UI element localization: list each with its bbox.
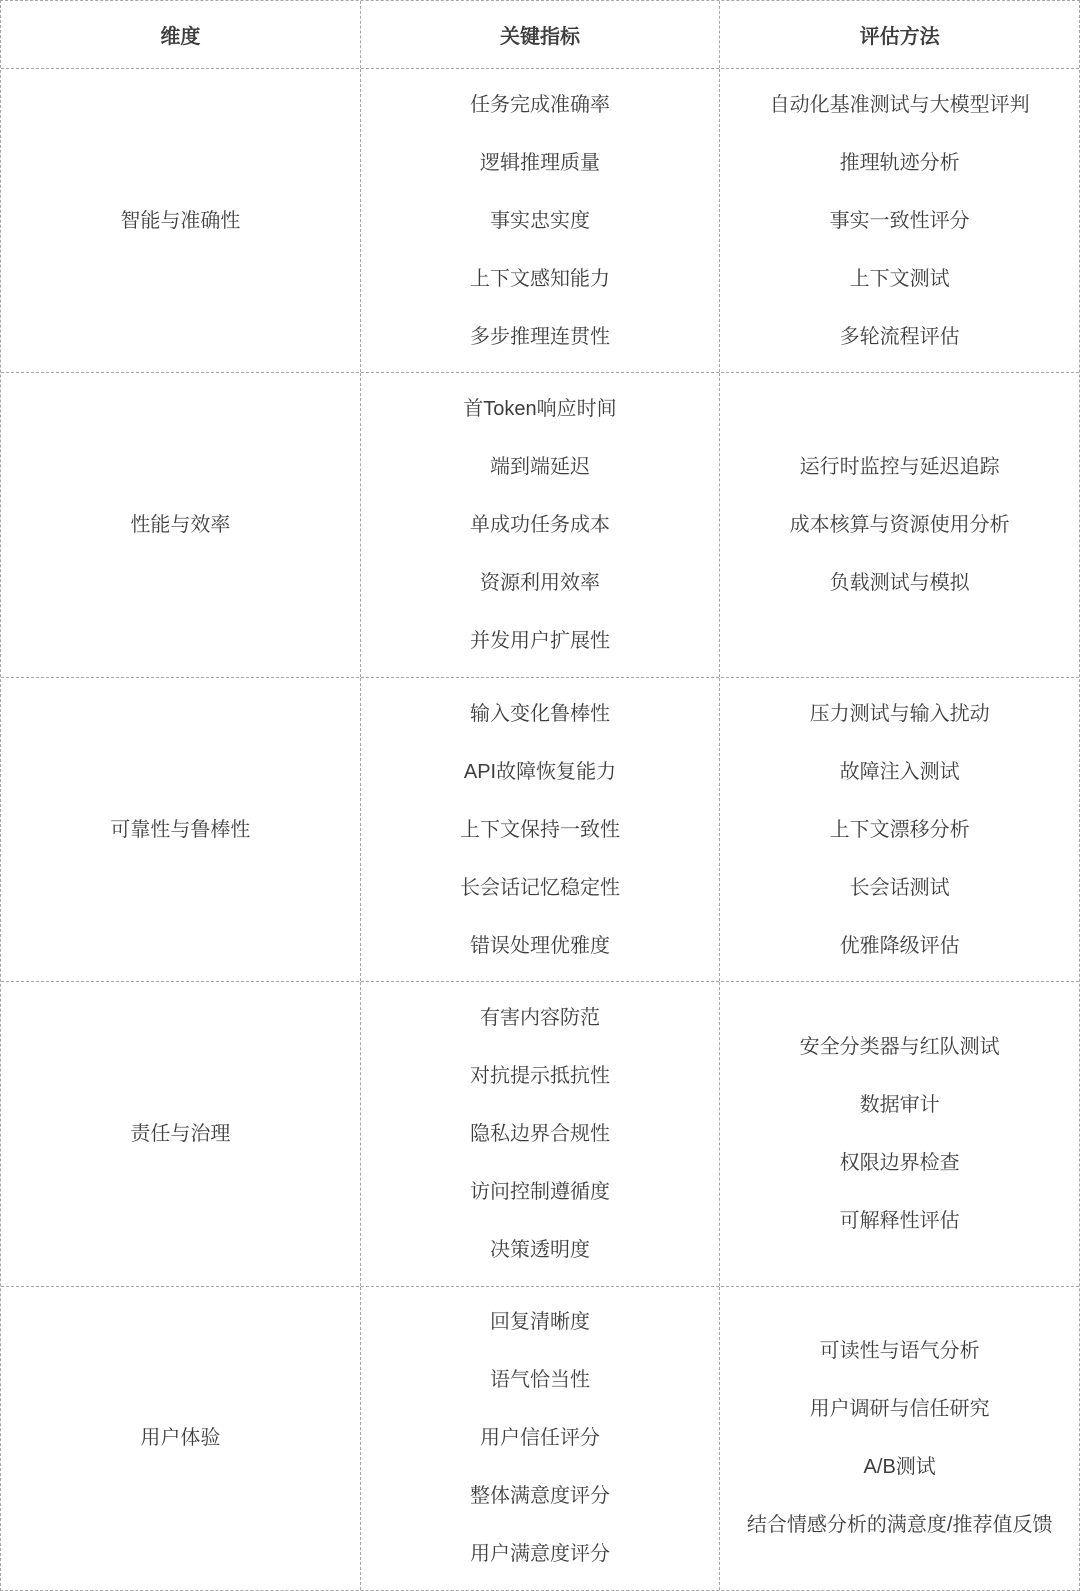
metric-item: 错误处理优雅度	[470, 917, 610, 975]
header-cell-methods: 评估方法	[720, 1, 1079, 68]
method-item: 可读性与语气分析	[820, 1322, 980, 1380]
methods-cell: 自动化基准测试与大模型评判推理轨迹分析事实一致性评分上下文测试多轮流程评估	[720, 69, 1079, 372]
table-header-row: 维度 关键指标 评估方法	[1, 1, 1079, 69]
method-item: 成本核算与资源使用分析	[790, 496, 1010, 554]
metric-item: 长会话记忆稳定性	[460, 859, 620, 917]
methods-cell: 安全分类器与红队测试数据审计权限边界检查可解释性评估	[720, 982, 1079, 1285]
metric-item: 并发用户扩展性	[470, 612, 610, 670]
table-row: 智能与准确性任务完成准确率逻辑推理质量事实忠实度上下文感知能力多步推理连贯性自动…	[1, 69, 1079, 373]
method-item: 可解释性评估	[840, 1192, 960, 1250]
metric-item: API故障恢复能力	[464, 743, 616, 801]
metrics-cell: 回复清晰度语气恰当性用户信任评分整体满意度评分用户满意度评分	[361, 1287, 721, 1590]
metric-item: 有害内容防范	[480, 989, 600, 1047]
method-item: 数据审计	[860, 1076, 940, 1134]
header-cell-metrics: 关键指标	[361, 1, 721, 68]
methods-cell: 运行时监控与延迟追踪成本核算与资源使用分析负载测试与模拟	[720, 373, 1079, 676]
dimension-label: 智能与准确性	[120, 207, 240, 235]
metric-item: 语气恰当性	[490, 1351, 590, 1409]
dimension-cell: 用户体验	[1, 1287, 361, 1590]
method-item: 负载测试与模拟	[830, 554, 970, 612]
methods-cell: 压力测试与输入扰动故障注入测试上下文漂移分析长会话测试优雅降级评估	[720, 678, 1079, 981]
metrics-cell: 有害内容防范对抗提示抵抗性隐私边界合规性访问控制遵循度决策透明度	[361, 982, 721, 1285]
dimension-label: 可靠性与鲁棒性	[110, 816, 250, 844]
method-item: 故障注入测试	[840, 743, 960, 801]
metrics-cell: 输入变化鲁棒性API故障恢复能力上下文保持一致性长会话记忆稳定性错误处理优雅度	[361, 678, 721, 981]
metric-item: 回复清晰度	[490, 1293, 590, 1351]
dimension-label: 性能与效率	[130, 511, 230, 539]
metric-item: 端到端延迟	[490, 438, 590, 496]
method-item: 推理轨迹分析	[840, 134, 960, 192]
method-item: 运行时监控与延迟追踪	[800, 438, 1000, 496]
dimension-label: 责任与治理	[130, 1120, 230, 1148]
metric-item: 访问控制遵循度	[470, 1163, 610, 1221]
dimension-label: 用户体验	[140, 1424, 220, 1452]
metric-item: 用户满意度评分	[470, 1525, 610, 1583]
metric-item: 用户信任评分	[480, 1409, 600, 1467]
method-item: 结合情感分析的满意度/推荐值反馈	[747, 1496, 1053, 1554]
metrics-cell: 任务完成准确率逻辑推理质量事实忠实度上下文感知能力多步推理连贯性	[361, 69, 721, 372]
method-item: 权限边界检查	[840, 1134, 960, 1192]
dimension-cell: 性能与效率	[1, 373, 361, 676]
metric-item: 首Token响应时间	[463, 380, 616, 438]
dimension-cell: 责任与治理	[1, 982, 361, 1285]
table-body: 智能与准确性任务完成准确率逻辑推理质量事实忠实度上下文感知能力多步推理连贯性自动…	[1, 69, 1079, 1590]
method-item: 长会话测试	[850, 859, 950, 917]
metric-item: 对抗提示抵抗性	[470, 1047, 610, 1105]
metric-item: 整体满意度评分	[470, 1467, 610, 1525]
metric-item: 任务完成准确率	[470, 76, 610, 134]
methods-cell: 可读性与语气分析用户调研与信任研究A/B测试结合情感分析的满意度/推荐值反馈	[720, 1287, 1079, 1590]
dimension-cell: 可靠性与鲁棒性	[1, 678, 361, 981]
metric-item: 隐私边界合规性	[470, 1105, 610, 1163]
method-item: A/B测试	[864, 1438, 936, 1496]
method-item: 多轮流程评估	[840, 308, 960, 366]
method-item: 上下文测试	[850, 250, 950, 308]
method-item: 事实一致性评分	[830, 192, 970, 250]
method-item: 用户调研与信任研究	[810, 1380, 990, 1438]
metric-item: 上下文保持一致性	[460, 801, 620, 859]
method-item: 压力测试与输入扰动	[810, 685, 990, 743]
metric-item: 逻辑推理质量	[480, 134, 600, 192]
metric-item: 上下文感知能力	[470, 250, 610, 308]
metric-item: 资源利用效率	[480, 554, 600, 612]
method-item: 自动化基准测试与大模型评判	[770, 76, 1030, 134]
metrics-cell: 首Token响应时间端到端延迟单成功任务成本资源利用效率并发用户扩展性	[361, 373, 721, 676]
table-row: 用户体验回复清晰度语气恰当性用户信任评分整体满意度评分用户满意度评分可读性与语气…	[1, 1287, 1079, 1590]
table-row: 责任与治理有害内容防范对抗提示抵抗性隐私边界合规性访问控制遵循度决策透明度安全分…	[1, 982, 1079, 1286]
method-item: 安全分类器与红队测试	[800, 1018, 1000, 1076]
table-row: 可靠性与鲁棒性输入变化鲁棒性API故障恢复能力上下文保持一致性长会话记忆稳定性错…	[1, 678, 1079, 982]
metric-item: 事实忠实度	[490, 192, 590, 250]
metric-item: 多步推理连贯性	[470, 308, 610, 366]
method-item: 上下文漂移分析	[830, 801, 970, 859]
metric-item: 输入变化鲁棒性	[470, 685, 610, 743]
method-item: 优雅降级评估	[840, 917, 960, 975]
metric-item: 单成功任务成本	[470, 496, 610, 554]
header-cell-dimension: 维度	[1, 1, 361, 68]
metric-item: 决策透明度	[490, 1221, 590, 1279]
evaluation-table: 维度 关键指标 评估方法 智能与准确性任务完成准确率逻辑推理质量事实忠实度上下文…	[0, 0, 1080, 1591]
table-row: 性能与效率首Token响应时间端到端延迟单成功任务成本资源利用效率并发用户扩展性…	[1, 373, 1079, 677]
dimension-cell: 智能与准确性	[1, 69, 361, 372]
